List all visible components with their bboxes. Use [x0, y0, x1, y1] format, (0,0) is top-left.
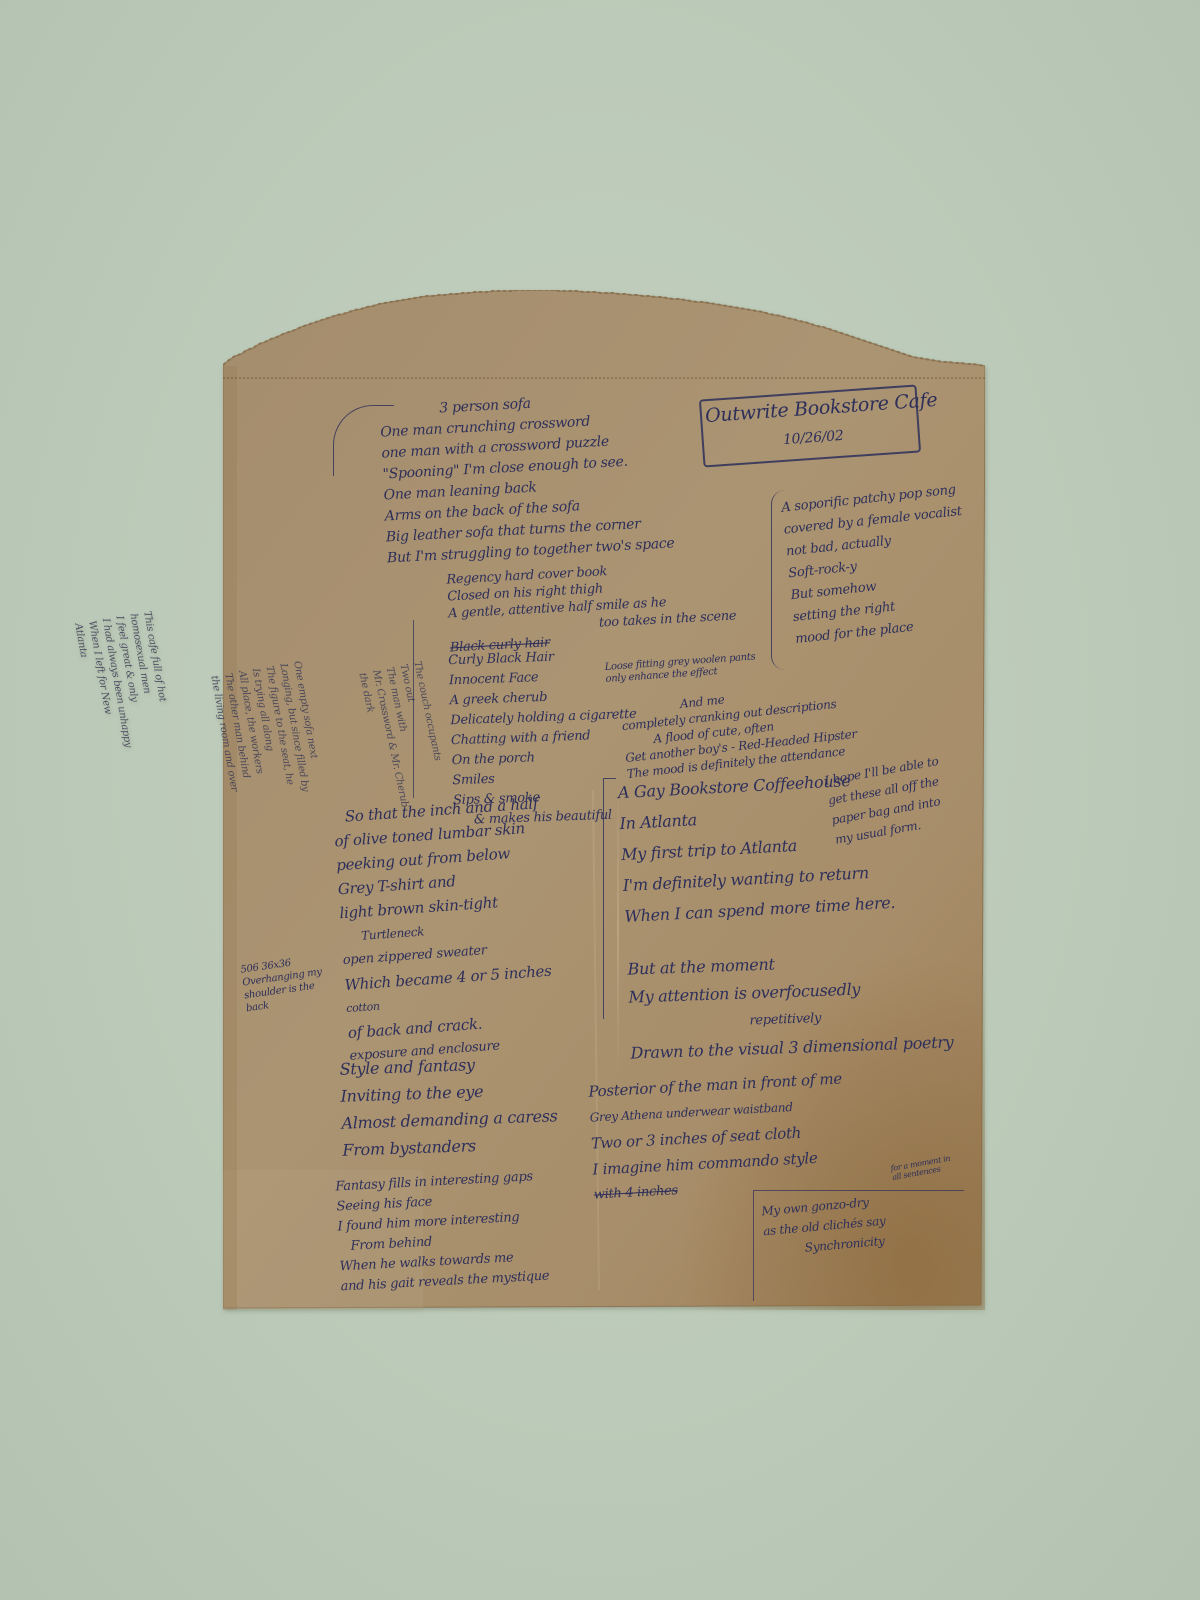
notes-style-fantasy: Style and fantasy Inviting to the eye Al…: [339, 1048, 559, 1163]
notes-book-man: Regency hard cover book Closed on his ri…: [446, 557, 738, 657]
notes-music: A soporific patchy pop song covered by a…: [780, 479, 974, 651]
notes-walks-towards: Fantasy fills in interesting gaps Seeing…: [335, 1167, 550, 1298]
paper-bag: Outwrite Bookstore Cafe 10/26/02 3 perso…: [223, 290, 985, 1310]
couch-divider-line: [413, 620, 416, 798]
notes-measure: 506 36x36 Overhanging my shoulder is the…: [240, 953, 326, 1016]
notes-sofa-scene: 3 person sofa One man crunching crosswor…: [379, 387, 675, 570]
bag-fold-line: [223, 377, 985, 379]
notes-attention: But at the moment My attention is overfo…: [627, 944, 954, 1067]
middle-bracket: [603, 778, 616, 1019]
notes-man-in-front: Posterior of the man in front of me Grey…: [588, 1065, 848, 1208]
notes-margin-cafe: This cafe full of hot homosexual men I f…: [70, 610, 226, 1038]
notes-synchronicity: My own gonzo-dry as the old clichés say …: [761, 1191, 888, 1261]
